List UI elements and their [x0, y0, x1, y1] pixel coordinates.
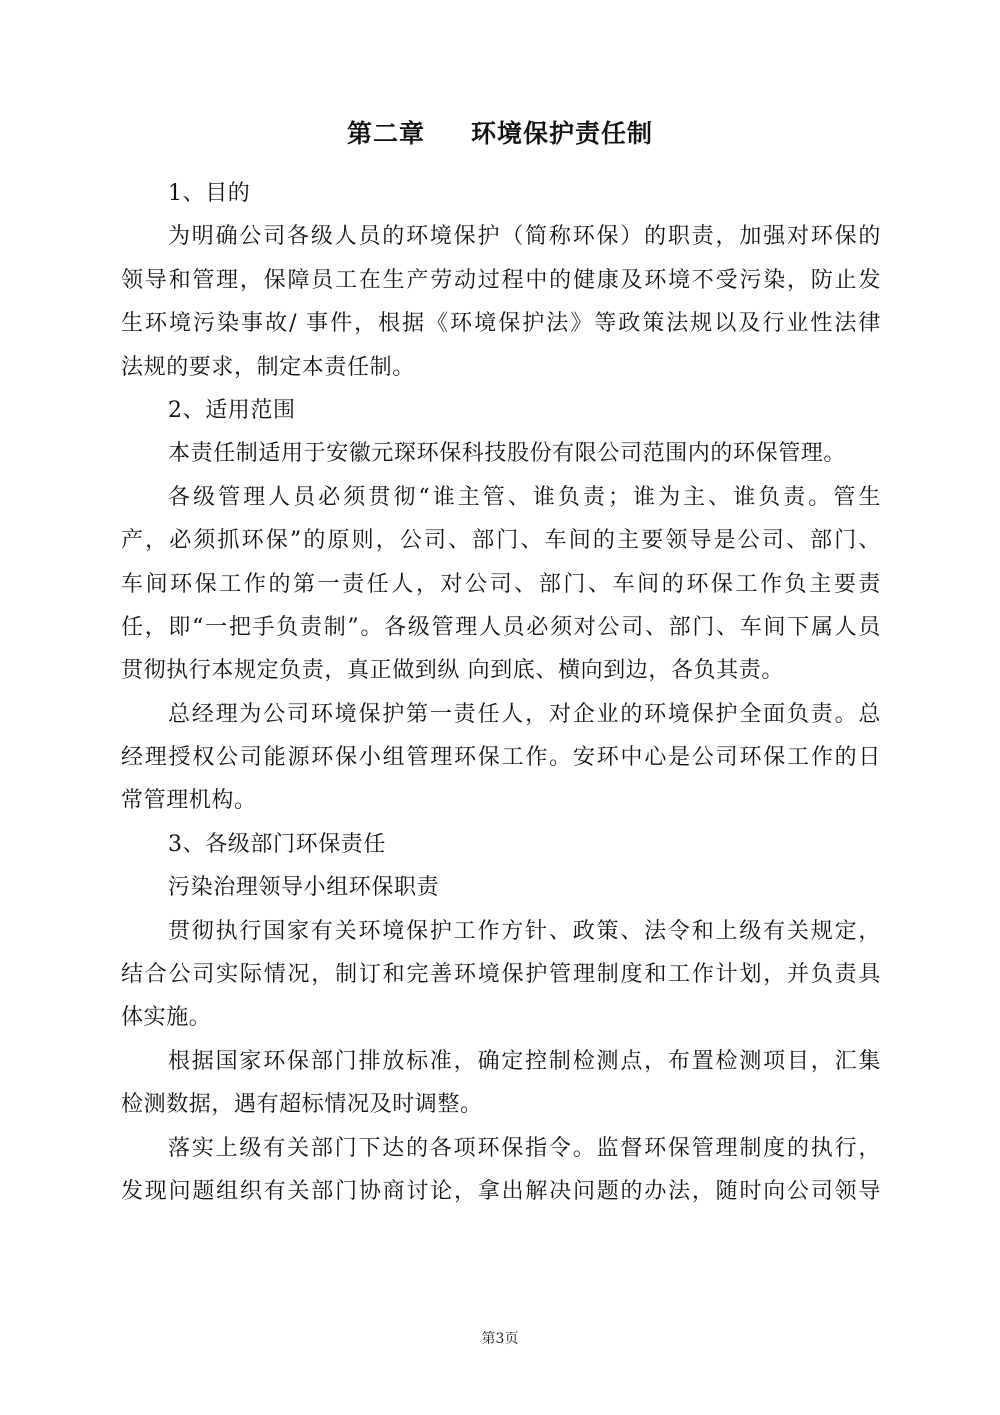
- document-page: 第二章环境保护责任制 1、目的为明确公司各级人员的环境保护（简称环保）的职责，加…: [0, 0, 1000, 1415]
- text-line: 2、适用范围: [121, 389, 881, 432]
- document-body: 1、目的为明确公司各级人员的环境保护（简称环保）的职责，加强对环保的领导和管理，…: [121, 172, 881, 1213]
- text-line: 常管理机构。: [121, 779, 881, 822]
- text-line: 落实上级有关部门下达的各项环保指令。监督环保管理制度的执行，: [121, 1127, 881, 1170]
- text-line: 为明确公司各级人员的环境保护（简称环保）的职责，加强对环保的: [121, 215, 881, 258]
- page-number: 第3页: [0, 1328, 1000, 1348]
- text-line: 贯彻执行国家有关环境保护工作方针、政策、法令和上级有关规定，: [121, 910, 881, 953]
- text-line: 贯彻执行本规定负责，真正做到纵 向到底、横向到边，各负其责。: [121, 649, 881, 692]
- text-line: 领导和管理，保障员工在生产劳动过程中的健康及环境不受污染，防止发: [121, 259, 881, 302]
- text-line: 任，即“一把手负责制”。各级管理人员必须对公司、部门、车间下属人员: [121, 606, 881, 649]
- text-line: 发现问题组织有关部门协商讨论，拿出解决问题的办法，随时向公司领导: [121, 1170, 881, 1213]
- text-line: 总经理为公司环境保护第一责任人，对企业的环境保护全面负责。总: [121, 693, 881, 736]
- text-line: 污染治理领导小组环保职责: [121, 866, 881, 909]
- text-line: 结合公司实际情况，制订和完善环境保护管理制度和工作计划，并负责具: [121, 953, 881, 996]
- text-line: 各级管理人员必须贯彻“谁主管、谁负责；谁为主、谁负责。管生: [121, 476, 881, 519]
- chapter-name: 环境保护责任制: [471, 119, 653, 148]
- text-line: 检测数据，遇有超标情况及时调整。: [121, 1083, 881, 1126]
- text-line: 体实施。: [121, 996, 881, 1039]
- text-line: 本责任制适用于安徽元琛环保科技股份有限公司范围内的环保管理。: [121, 432, 881, 475]
- text-line: 车间环保工作的第一责任人，对公司、部门、车间的环保工作负主要责: [121, 563, 881, 606]
- text-line: 生环境污染事故/ 事件，根据《环境保护法》等政策法规以及行业性法律: [121, 302, 881, 345]
- text-line: 经理授权公司能源环保小组管理环保工作。安环中心是公司环保工作的日: [121, 736, 881, 779]
- text-line: 1、目的: [121, 172, 881, 215]
- chapter-number: 第二章: [347, 119, 425, 148]
- chapter-title: 第二章环境保护责任制: [0, 116, 1000, 152]
- text-line: 产，必须抓环保”的原则，公司、部门、车间的主要领导是公司、部门、: [121, 519, 881, 562]
- text-line: 法规的要求，制定本责任制。: [121, 346, 881, 389]
- text-line: 根据国家环保部门排放标准，确定控制检测点，布置检测项目，汇集: [121, 1040, 881, 1083]
- text-line: 3、各级部门环保责任: [121, 823, 881, 866]
